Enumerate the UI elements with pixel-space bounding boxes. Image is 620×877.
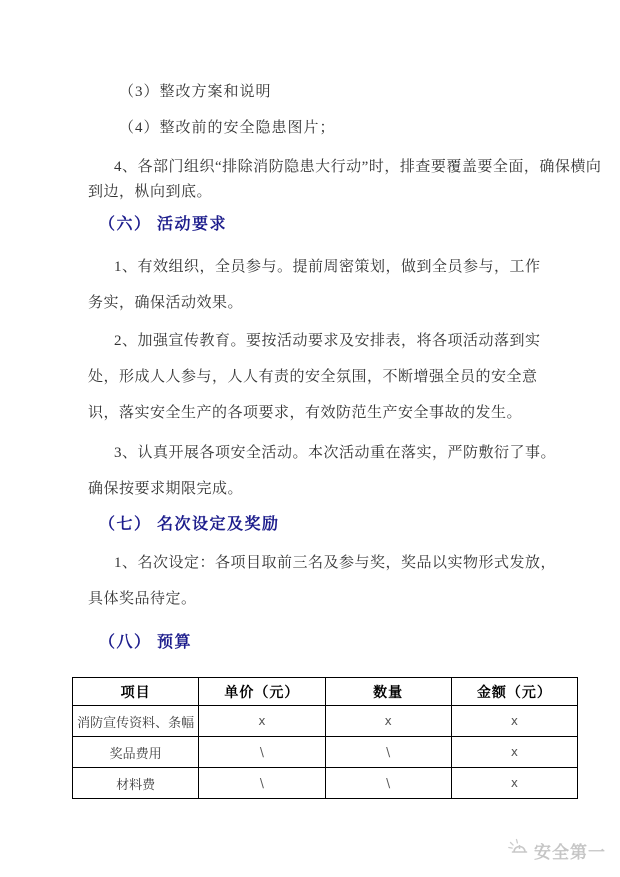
cell-amount: x — [451, 737, 577, 768]
section-8-heading: （八） 预算 — [88, 625, 535, 661]
paragraph-line: 到边，枞向到底。 — [88, 180, 535, 205]
budget-table-body: 消防宣传资料、条幅 x x x 奖品费用 \ \ x 材料费 \ \ x — [73, 706, 578, 799]
column-header-item: 项目 — [73, 678, 199, 706]
safety-helmet-icon — [507, 836, 531, 865]
cell-quantity: \ — [325, 768, 451, 799]
table-row: 奖品费用 \ \ x — [73, 737, 578, 768]
section-6-item-1: 1、有效组织，全员参与。提前周密策划，做到全员参与，工作 务实，确保活动效果。 — [88, 249, 535, 321]
paragraph-line: 2、加强宣传教育。要按活动要求及安排表，将各项活动落到实 — [88, 323, 535, 359]
section-6-heading: （六） 活动要求 — [88, 207, 535, 243]
column-header-amount: 金额（元） — [451, 678, 577, 706]
column-header-unit-price: 单价（元） — [199, 678, 325, 706]
paragraph-line: 1、名次设定：各项目取前三名及参与奖，奖品以实物形式发放， — [88, 545, 535, 581]
inspection-item-3: （3）整改方案和说明 — [88, 74, 535, 110]
paragraph-line: 1、有效组织，全员参与。提前周密策划，做到全员参与，工作 — [88, 249, 535, 285]
budget-table-header: 项目 单价（元） 数量 金额（元） — [73, 678, 578, 706]
section-7-heading: （七） 名次设定及奖励 — [88, 507, 535, 543]
section-6-item-3: 3、认真开展各项安全活动。本次活动重在落实，严防敷衍了事。 确保按要求期限完成。 — [88, 435, 535, 507]
cell-amount: x — [451, 768, 577, 799]
cell-quantity: \ — [325, 737, 451, 768]
cell-amount: x — [451, 706, 577, 737]
paragraph-line: 处，形成人人参与，人人有责的安全氛围，不断增强全员的安全意 — [88, 359, 535, 395]
watermark: 安全第一 — [507, 836, 606, 865]
table-row: 材料费 \ \ x — [73, 768, 578, 799]
section-6-item-2: 2、加强宣传教育。要按活动要求及安排表，将各项活动落到实 处，形成人人参与，人人… — [88, 323, 535, 431]
cell-item-name: 消防宣传资料、条幅 — [73, 706, 199, 737]
cell-item-name: 奖品费用 — [73, 737, 199, 768]
paragraph-line: 具体奖品待定。 — [88, 581, 535, 617]
inspection-item-4: （4）整改前的安全隐患图片； — [88, 110, 535, 146]
column-header-quantity: 数量 — [325, 678, 451, 706]
budget-table: 项目 单价（元） 数量 金额（元） 消防宣传资料、条幅 x x x 奖品费用 \… — [72, 677, 578, 799]
paragraph-line: 确保按要求期限完成。 — [88, 471, 535, 507]
cell-unit-price: \ — [199, 768, 325, 799]
document-page: （3）整改方案和说明 （4）整改前的安全隐患图片； 4、各部门组织“排除消防隐患… — [0, 0, 620, 877]
paragraph-line: 4、各部门组织“排除消防隐患大行动”时，排查要覆盖要全面，确保横向 — [88, 155, 535, 180]
cell-quantity: x — [325, 706, 451, 737]
cell-unit-price: \ — [199, 737, 325, 768]
document-content: （3）整改方案和说明 （4）整改前的安全隐患图片； 4、各部门组织“排除消防隐患… — [88, 0, 535, 799]
paragraph-line: 识，落实安全生产的各项要求，有效防范生产安全事故的发生。 — [88, 395, 535, 431]
paragraph-4: 4、各部门组织“排除消防隐患大行动”时，排查要覆盖要全面，确保横向 到边，枞向到… — [88, 155, 535, 205]
paragraph-line: 务实，确保活动效果。 — [88, 285, 535, 321]
paragraph-line: 3、认真开展各项安全活动。本次活动重在落实，严防敷衍了事。 — [88, 435, 535, 471]
watermark-label: 安全第一 — [534, 838, 606, 863]
table-header-row: 项目 单价（元） 数量 金额（元） — [73, 678, 578, 706]
table-row: 消防宣传资料、条幅 x x x — [73, 706, 578, 737]
cell-item-name: 材料费 — [73, 768, 199, 799]
section-7-item-1: 1、名次设定：各项目取前三名及参与奖，奖品以实物形式发放， 具体奖品待定。 — [88, 545, 535, 617]
cell-unit-price: x — [199, 706, 325, 737]
